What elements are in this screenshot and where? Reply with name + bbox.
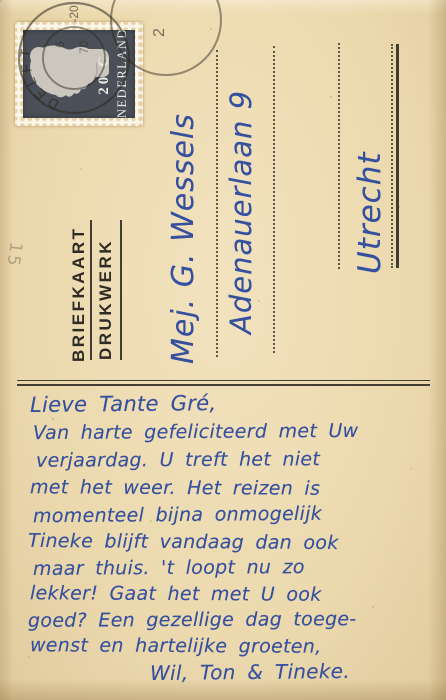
message-line: wenst en hartelijke groeten, bbox=[30, 634, 322, 658]
message-divider bbox=[17, 380, 430, 386]
address-city: Utrecht bbox=[352, 151, 388, 274]
svg-text:DELFT: DELFT bbox=[17, 43, 62, 113]
message-line: momenteel bijna onmogelijk bbox=[33, 503, 322, 528]
address-recipient: Mej. G. Wessels bbox=[166, 113, 201, 364]
postmark-town-label: DELFT bbox=[17, 43, 62, 113]
message-line: Van harte gefeliciteerd met Uw bbox=[33, 420, 359, 444]
message-line: Tineke blijft vandaag dan ook bbox=[28, 530, 339, 554]
pencil-annotation: 15 bbox=[2, 241, 25, 269]
postmark-office-number: 2 bbox=[151, 28, 168, 37]
message-line: lekker! Gaat het met U ook bbox=[30, 582, 322, 606]
message-line: met het weer. Het reizen is bbox=[30, 476, 320, 500]
message-line: verjaardag. U treft het niet bbox=[36, 448, 320, 471]
message-line: goed? Een gezellige dag toege- bbox=[28, 608, 357, 632]
address-line bbox=[216, 50, 218, 357]
address-line bbox=[338, 43, 340, 269]
briefkaart-label: BRIEFKAART bbox=[69, 227, 89, 363]
address-street: Adenauerlaan 9 bbox=[224, 90, 258, 334]
postmark-date-top: 6 bbox=[53, 41, 67, 48]
address-line bbox=[391, 44, 393, 268]
postcard-back: 20 C NEDERLAND DELFT -20 6 70 2 BRIEFKAA… bbox=[0, 0, 446, 700]
postmark-hour-label: -20 bbox=[67, 5, 81, 23]
address-line-bold bbox=[396, 44, 399, 268]
message-line: Lieve Tante Gré, bbox=[30, 391, 217, 417]
imprint-divider bbox=[90, 220, 92, 360]
message-signature: Wil, Ton & Tineke. bbox=[150, 659, 350, 685]
postmark-date-bottom: 70 bbox=[77, 40, 91, 54]
postmark-secondary: 2 bbox=[106, 0, 226, 80]
address-line bbox=[273, 46, 275, 353]
message-line: maar thuis. 't loopt nu zo bbox=[33, 556, 305, 580]
drukwerk-label: DRUKWERK bbox=[96, 239, 116, 360]
imprint-divider bbox=[120, 220, 122, 360]
